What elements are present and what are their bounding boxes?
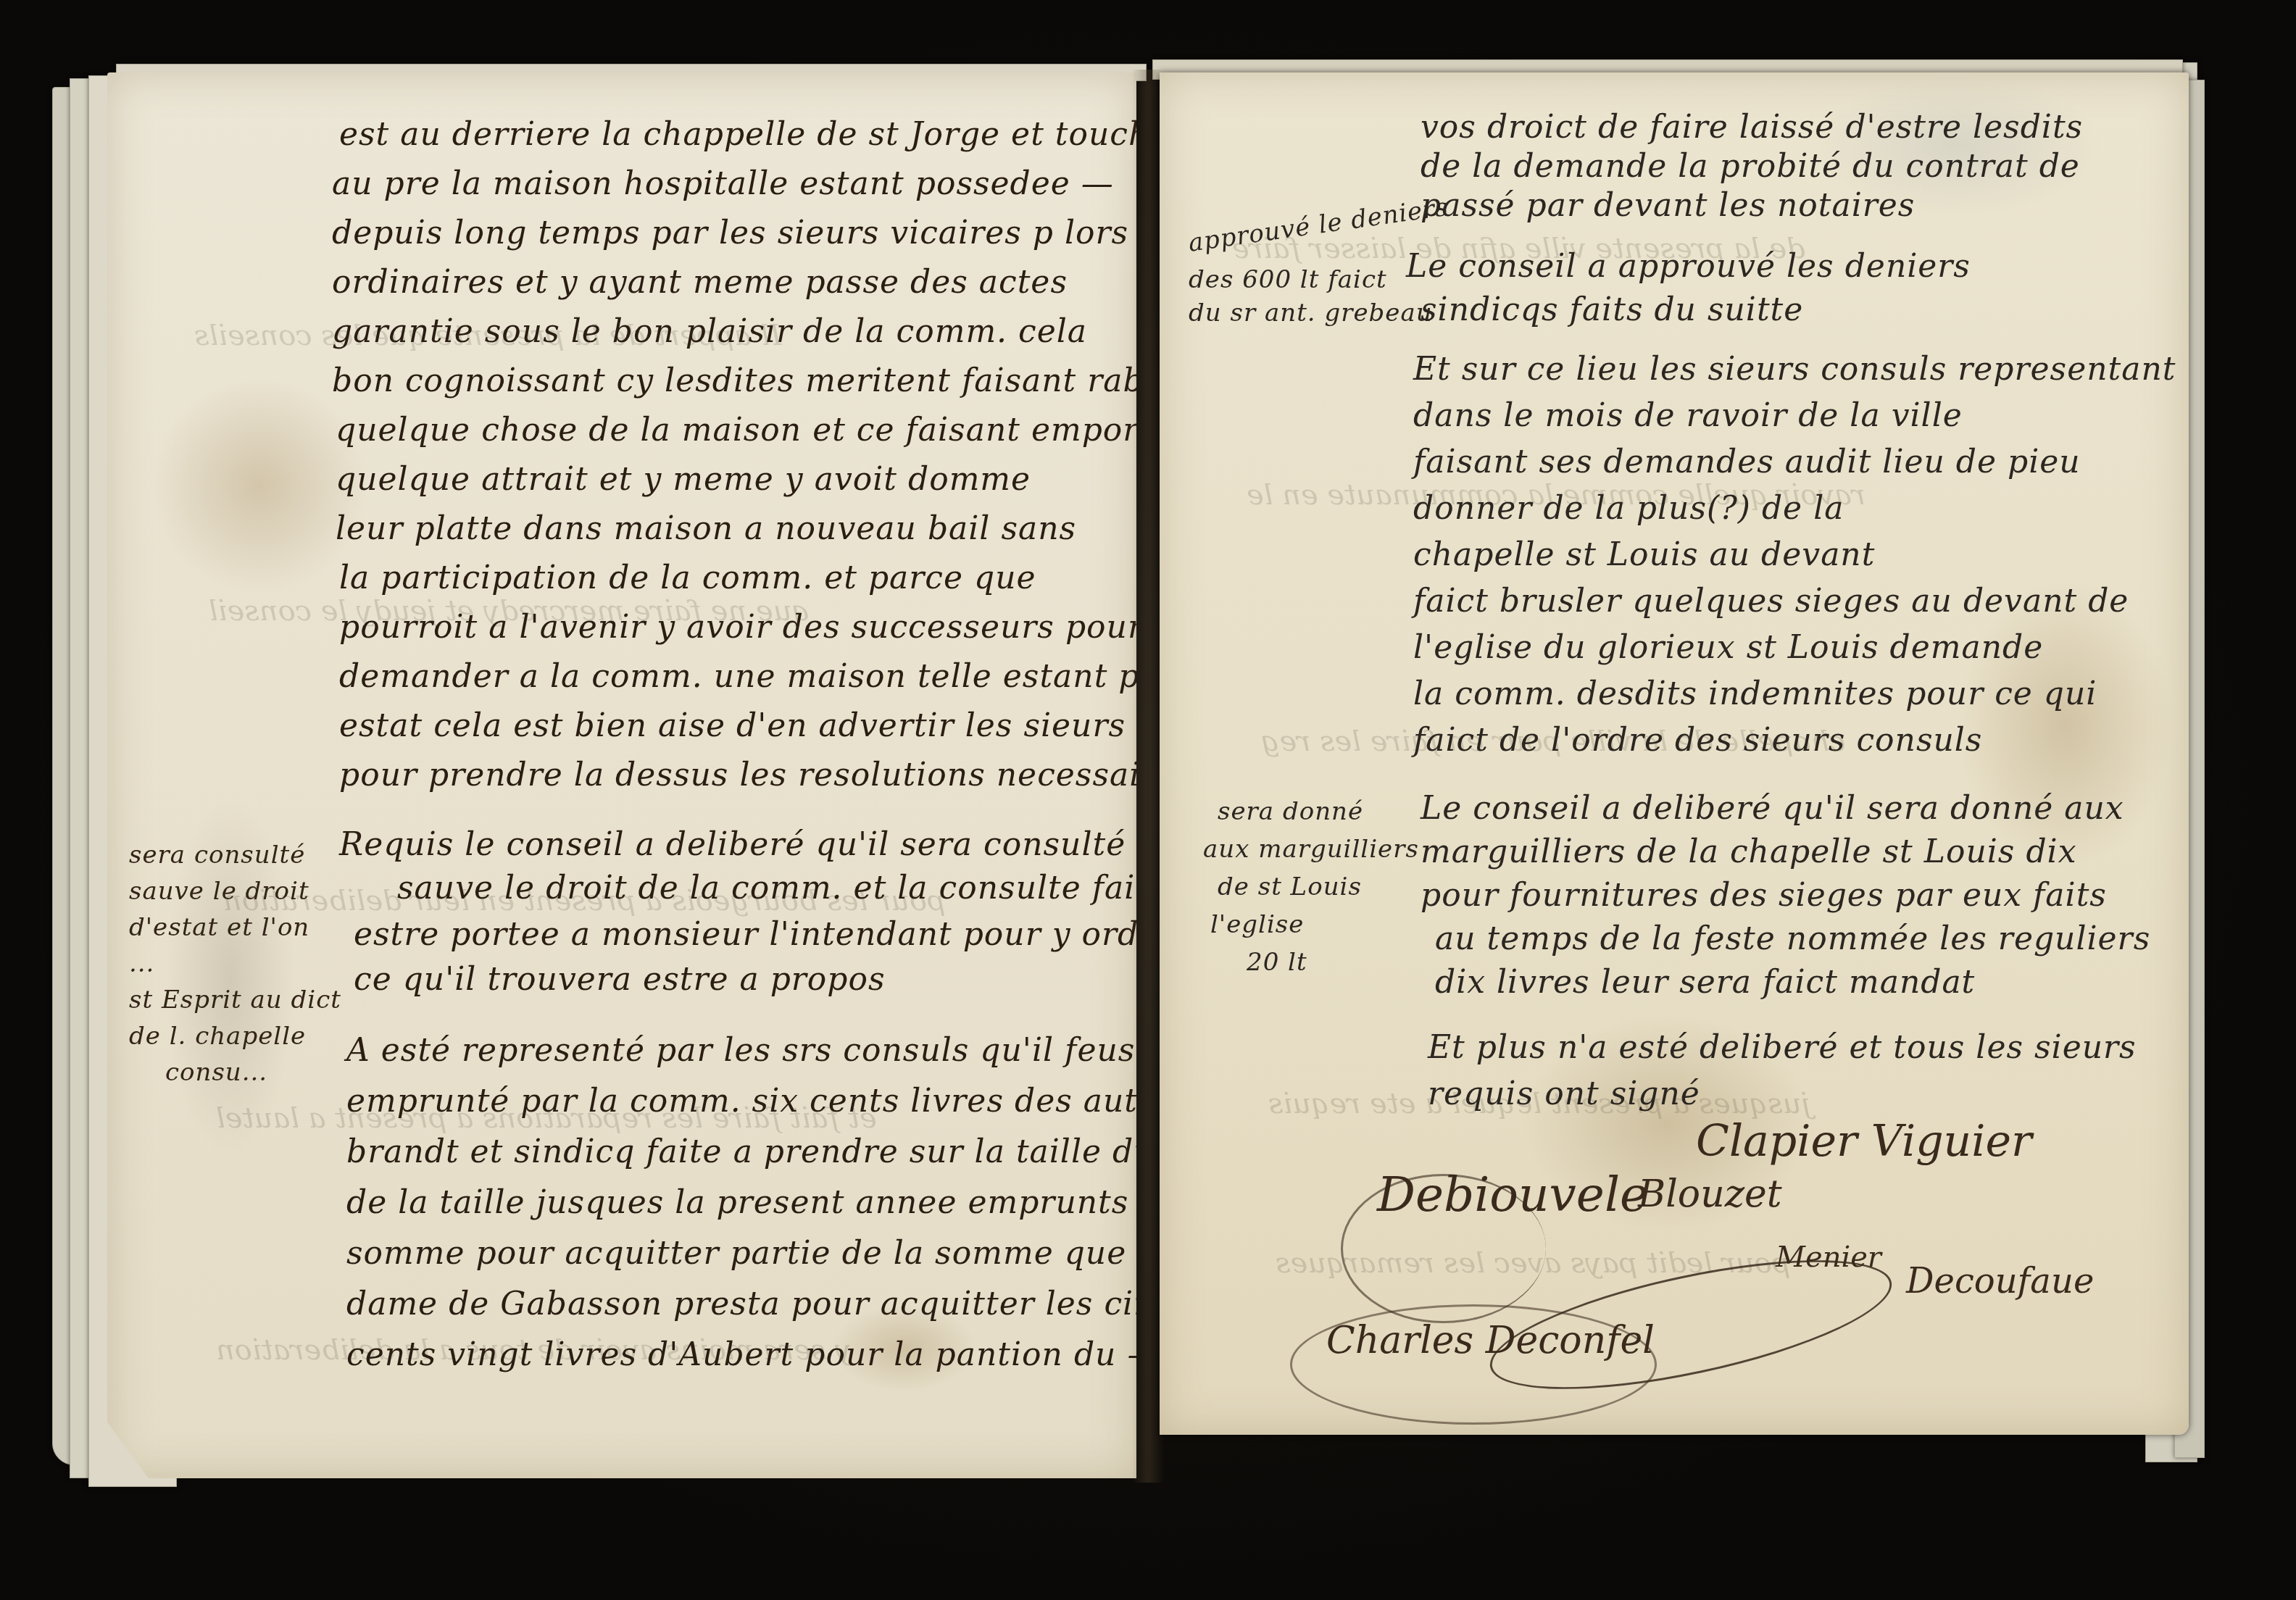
signature: Decoufaue bbox=[1906, 1261, 2094, 1301]
left-page: Il appert de la presente que les conseil… bbox=[107, 72, 1136, 1478]
margin-note: sauve le droit bbox=[129, 877, 309, 906]
text-line: quelque chose de la maison et ce faisant… bbox=[336, 412, 1136, 449]
text-line: ce qu'il trouvera estre a propos bbox=[354, 961, 886, 998]
signature: Menier bbox=[1776, 1241, 1881, 1274]
text-line: Le conseil a deliberé qu'il sera donné a… bbox=[1421, 790, 2124, 827]
text-line: quelque attrait et y meme y avoit domme bbox=[336, 461, 1031, 498]
text-line: Et sur ce lieu les sieurs consuls repres… bbox=[1413, 351, 2176, 388]
signature: Debiouvele bbox=[1377, 1167, 1648, 1222]
text-line: pour prendre la dessus les resolutions n… bbox=[339, 757, 1136, 793]
text-line: leur platte dans maison a nouveau bail s… bbox=[336, 510, 1076, 547]
text-line: donner de la plus(?) de la bbox=[1413, 490, 1844, 527]
text-line: au pre la maison hospitalle estant posse… bbox=[332, 165, 1114, 202]
text-line: la participation de la comm. et parce qu… bbox=[339, 559, 1036, 596]
text-line: depuis long temps par les sieurs vicaire… bbox=[332, 214, 1128, 251]
text-line: faisant ses demandes audit lieu de pieu bbox=[1413, 443, 2081, 480]
signature: Charles Deconfel bbox=[1326, 1319, 1655, 1362]
text-line: l'eglise du glorieux st Louis demande bbox=[1413, 629, 2043, 666]
text-line: au temps de la feste nommée les regulier… bbox=[1435, 920, 2150, 957]
text-line: pour fournitures des sieges par eux fait… bbox=[1421, 877, 2107, 914]
margin-note: ... bbox=[129, 949, 154, 978]
text-line: faict de l'ordre des sieurs consuls bbox=[1413, 722, 1982, 759]
text-line: sindicqs faits du suitte bbox=[1421, 291, 1803, 328]
margin-note: consu... bbox=[165, 1058, 267, 1087]
margin-note: st Esprit au dict bbox=[129, 986, 341, 1014]
text-line: somme pour acquitter partie de la somme … bbox=[346, 1235, 1136, 1272]
text-line: garantie sous le bon plaisir de la comm.… bbox=[332, 313, 1087, 350]
text-line: demander a la comm. une maison telle est… bbox=[339, 658, 1136, 695]
text-line: faict brusler quelques sieges au devant … bbox=[1413, 583, 2129, 620]
text-line: passé par devant les notaires bbox=[1421, 187, 1915, 224]
manuscript-scan: Il appert de la presente que les conseil… bbox=[0, 0, 2296, 1600]
text-line: pourroit a l'avenir y avoir des successe… bbox=[339, 609, 1136, 646]
margin-note: des 600 lt faict bbox=[1189, 265, 1387, 294]
text-line: vos droict de faire laissé d'estre lesdi… bbox=[1421, 109, 2083, 146]
text-line: emprunté par la comm. six cents livres d… bbox=[346, 1083, 1136, 1120]
signature: Clapier Viguier bbox=[1696, 1116, 2032, 1167]
text-line: estre portee a monsieur l'intendant pour… bbox=[354, 916, 1136, 953]
margin-note: aux marguilliers bbox=[1203, 835, 1419, 864]
text-line: de la taille jusques la present annee em… bbox=[346, 1184, 1128, 1221]
text-line: de la demande la probité du contrat de bbox=[1421, 148, 2080, 185]
text-line: Le conseil a approuvé les deniers bbox=[1406, 248, 1971, 285]
text-line: bon cognoissant cy lesdites meritent fai… bbox=[332, 362, 1136, 399]
signature: Blouzet bbox=[1638, 1172, 1782, 1216]
margin-note: de l. chapelle bbox=[129, 1022, 306, 1051]
text-line: requis ont signé bbox=[1428, 1075, 1700, 1112]
text-line: est au derriere la chappelle de st Jorge… bbox=[339, 116, 1136, 153]
margin-note: de st Louis bbox=[1218, 872, 1362, 901]
text-line: brandt et sindicq faite a prendre sur la… bbox=[346, 1133, 1136, 1170]
margin-note: 20 lt bbox=[1247, 948, 1307, 977]
margin-note: d'estat et l'on bbox=[129, 913, 309, 942]
text-line: Et plus n'a esté deliberé et tous les si… bbox=[1428, 1029, 2137, 1066]
text-line: chapelle st Louis au devant bbox=[1413, 536, 1875, 573]
text-line: dix livres leur sera faict mandat bbox=[1435, 964, 1975, 1001]
text-line: sauve le droit de la comm. et la consult… bbox=[397, 870, 1136, 907]
margin-note: l'eglise bbox=[1210, 910, 1304, 939]
margin-note: sera consulté bbox=[129, 841, 305, 870]
text-line: dame de Gabasson presta pour acquitter l… bbox=[346, 1286, 1136, 1322]
text-line: dans le mois de ravoir de la ville bbox=[1413, 397, 1963, 434]
margin-note: du sr ant. grebeau bbox=[1189, 299, 1433, 328]
text-line: A esté representé par les srs consuls qu… bbox=[346, 1032, 1136, 1069]
margin-note: sera donné bbox=[1218, 797, 1363, 826]
text-line: Requis le conseil a deliberé qu'il sera … bbox=[339, 826, 1136, 863]
text-line: cents vingt livres d'Aubert pour la pant… bbox=[346, 1336, 1136, 1373]
text-line: ordinaires et y ayant meme passe des act… bbox=[332, 264, 1068, 301]
right-page: de la presente ville afin de laisser fai… bbox=[1160, 72, 2189, 1435]
text-line: marguilliers de la chapelle st Louis dix bbox=[1421, 833, 2076, 870]
text-line: la comm. desdits indemnites pour ce qui bbox=[1413, 675, 2097, 712]
text-line: estat cela est bien aise d'en advertir l… bbox=[339, 707, 1126, 744]
